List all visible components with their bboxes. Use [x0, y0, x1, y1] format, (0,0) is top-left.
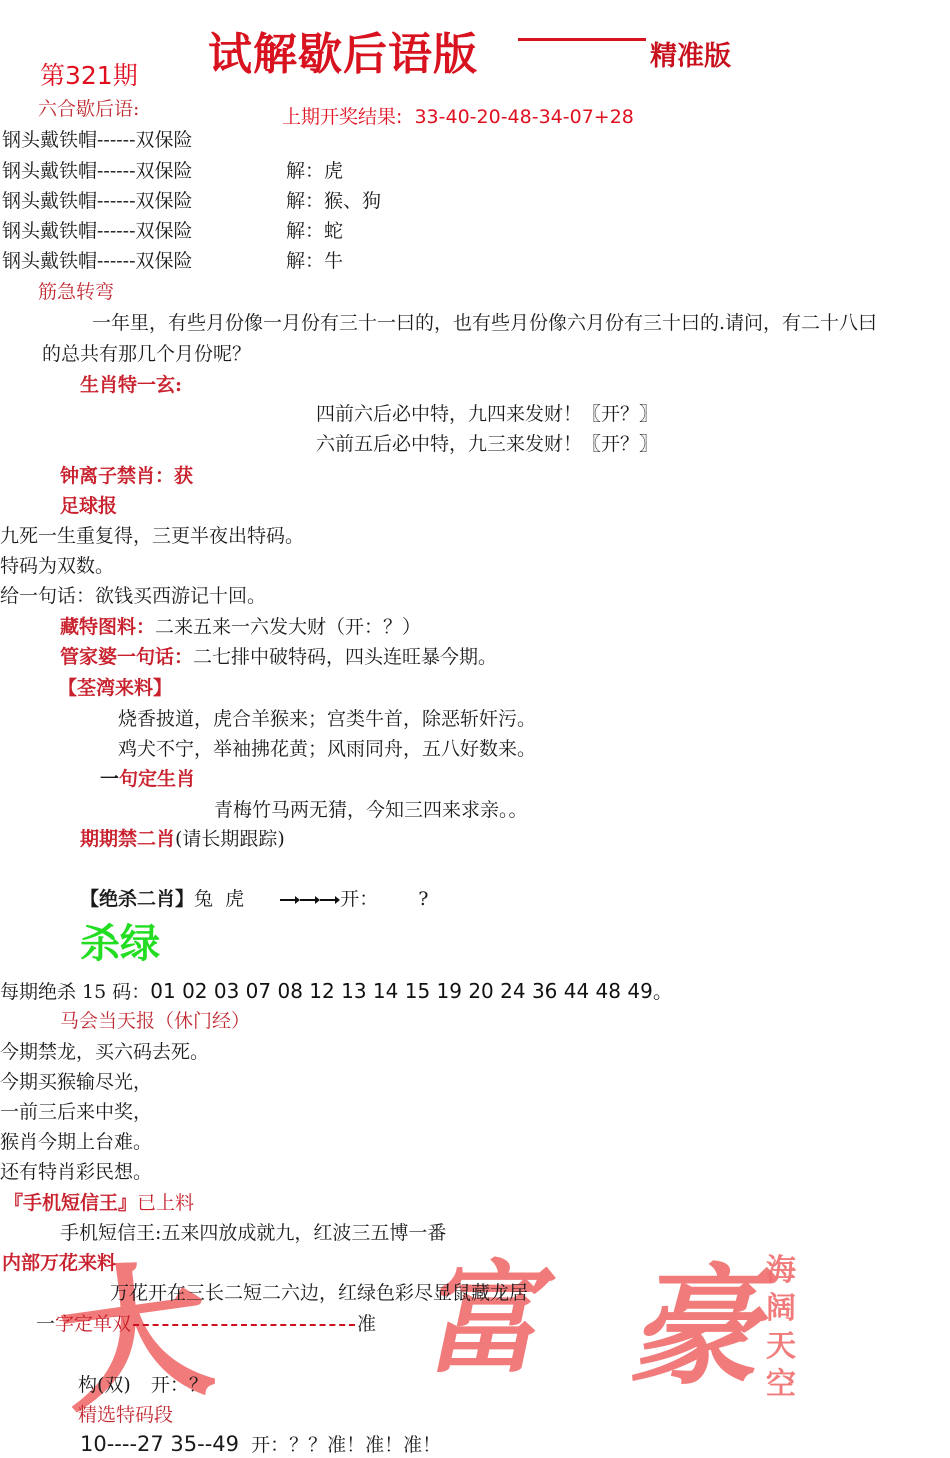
- naojin-heading: 筋急转弯: [38, 277, 114, 304]
- liuhe-row-2: 钢头戴铁帽------双保险: [2, 156, 193, 183]
- jingxuan-tail: 开：？？准！准！准！: [251, 1434, 441, 1456]
- cangte-label: 藏特图料：: [60, 616, 155, 638]
- zuqiu-line-2: 特码为双数。: [0, 551, 114, 578]
- yiju-heading-prefix: 一: [100, 768, 119, 790]
- shouji-heading-rest: 已上料: [137, 1192, 194, 1214]
- juesha15-label: 每期绝杀 15 码：: [0, 981, 150, 1003]
- mahui-line-5: 还有特肖彩民想。: [0, 1157, 152, 1184]
- neibu-heading: 内部万花来料: [2, 1248, 116, 1275]
- liuhe-heading: 六合歇后语:: [38, 94, 139, 121]
- quanwan-heading: 【荃湾来料】: [58, 673, 172, 700]
- yiju-text: 青梅竹马两无猜，今知三四来求亲。。: [214, 795, 528, 822]
- zhongli-heading: 钟离子禁肖：获: [60, 461, 193, 488]
- neibu-text: 万花开在三长二短二六边，红绿色彩尽显鼠藏龙居: [110, 1278, 528, 1305]
- shengxiao-line-1: 四前六后必中特，九四来发财！〖开？〗: [316, 399, 658, 426]
- watermark-vertical: 海阔天空: [766, 1252, 800, 1404]
- liuhe-row-5: 钢头戴铁帽------双保险: [2, 246, 193, 273]
- yiju-heading: 一句定生肖: [100, 764, 195, 791]
- zuqiu-line-3: 给一句话：欲钱买西游记十回。: [0, 581, 266, 608]
- liuhe-answer-5: 解：牛: [286, 246, 343, 273]
- zuqiu-line-1: 九死一生重复得，三更半夜出特码。: [0, 521, 304, 548]
- guanjia-text: 二七排中破特码，四头连旺暴今期。: [193, 646, 497, 668]
- danshuang-answer: 构(双): [78, 1374, 131, 1396]
- guanjia-line: 管家婆一句话：二七排中破特码，四头连旺暴今期。: [60, 642, 497, 669]
- quanwan-line-1: 烧香披道，虎合羊猴来；宫类牛首，除恶斩奸污。: [118, 704, 536, 731]
- jingxuan-range: 10----27 35--49: [80, 1432, 239, 1456]
- qiqi-heading-red: 期期禁二肖: [80, 828, 175, 850]
- liuhe-row-1: 钢头戴铁帽------双保险: [2, 125, 193, 152]
- juesha-line: 【绝杀二肖】兔 虎 开： ?: [80, 884, 428, 911]
- liuhe-row-3: 钢头戴铁帽------双保险: [2, 186, 193, 213]
- guanjia-label: 管家婆一句话：: [60, 646, 193, 668]
- jingxuan-line: 10----27 35--49 开：？？准！准！准！: [80, 1430, 441, 1457]
- mahui-line-3: 一前三后来中奖，: [0, 1097, 152, 1124]
- danshuang-answer-line: 构(双) 开：？: [78, 1370, 208, 1397]
- danshuang-open: 开：？: [151, 1374, 208, 1396]
- page-title: 试解歇后语版: [208, 18, 478, 82]
- shengxiao-line-2: 六前五后必中特，九三来发财！〖开？〗: [316, 429, 658, 456]
- juesha-value: 兔 虎: [194, 888, 244, 910]
- mahui-line-1: 今期禁龙，买六码去死。: [0, 1037, 209, 1064]
- juesha-label: 【绝杀二肖】: [80, 888, 194, 910]
- juesha-question: ?: [418, 888, 428, 910]
- page-subtitle: 精准版: [650, 34, 731, 73]
- qiqi-heading: 期期禁二肖(请长期跟踪): [80, 824, 285, 851]
- danshuang-prefix: 一: [36, 1313, 55, 1335]
- arrow-icon: [320, 899, 338, 901]
- liuhe-answer-3: 解：猴、狗: [286, 186, 381, 213]
- juesha15-numbers: 01 02 03 07 08 12 13 14 15 19 20 24 36 4…: [150, 979, 673, 1003]
- mahui-line-2: 今期买猴输尽光，: [0, 1067, 152, 1094]
- last-result-value: 33-40-20-48-34-07+28: [414, 106, 633, 128]
- dashed-divider: [133, 1324, 355, 1326]
- issue-number: 第321期: [40, 56, 138, 92]
- shouji-heading-red: 『手机短信王』: [4, 1192, 137, 1214]
- quanwan-line-2: 鸡犬不宁，举袖拂花黄；风雨同舟，五八好数来。: [118, 734, 536, 761]
- mahui-line-4: 猴肖今期上台难。: [0, 1127, 152, 1154]
- liuhe-row-4: 钢头戴铁帽------双保险: [2, 216, 193, 243]
- last-result-label: 上期开奖结果:: [282, 106, 402, 128]
- cangte-text: 二来五来一六发大财（开：？）: [155, 616, 421, 638]
- naojin-line-1: 一年里，有些月份像一月份有三十一曰的，也有些月份像六月份有三十曰的.请问，有二十…: [92, 308, 877, 335]
- shengxiao-heading: 生肖特一玄:: [80, 370, 182, 397]
- qiqi-heading-note: (请长期跟踪): [175, 828, 285, 850]
- liuhe-answer-2: 解：虎: [286, 156, 343, 183]
- arrow-icon: [280, 899, 298, 901]
- shouji-text: 手机短信王:五来四放成就九，红波三五博一番: [60, 1218, 446, 1245]
- naojin-line-2: 的总共有那几个月份呢？: [42, 339, 251, 366]
- last-result: 上期开奖结果: 33-40-20-48-34-07+28: [282, 102, 634, 129]
- juesha15-line: 每期绝杀 15 码：01 02 03 07 08 12 13 14 15 19 …: [0, 975, 673, 1004]
- danshuang-label: 字定单双: [55, 1313, 131, 1335]
- mahui-heading: 马会当天报（休门经）: [60, 1006, 250, 1033]
- sha-lv: 杀绿: [80, 912, 160, 969]
- arrow-icon: [300, 899, 318, 901]
- watermark-char-3: 豪: [623, 1262, 788, 1392]
- yiju-heading-text: 句定生肖: [119, 768, 195, 790]
- zuqiu-heading: 足球报: [60, 491, 117, 518]
- title-divider: [518, 38, 646, 41]
- jingxuan-heading: 精选特码段: [78, 1400, 173, 1427]
- cangte-line: 藏特图料：二来五来一六发大财（开：？）: [60, 612, 421, 639]
- juesha-open: 开：: [340, 888, 378, 910]
- danshuang-line: 一字定单双准: [36, 1309, 376, 1336]
- danshuang-end: 准: [357, 1313, 376, 1335]
- shouji-heading: 『手机短信王』已上料: [4, 1188, 194, 1215]
- liuhe-answer-4: 解：蛇: [286, 216, 343, 243]
